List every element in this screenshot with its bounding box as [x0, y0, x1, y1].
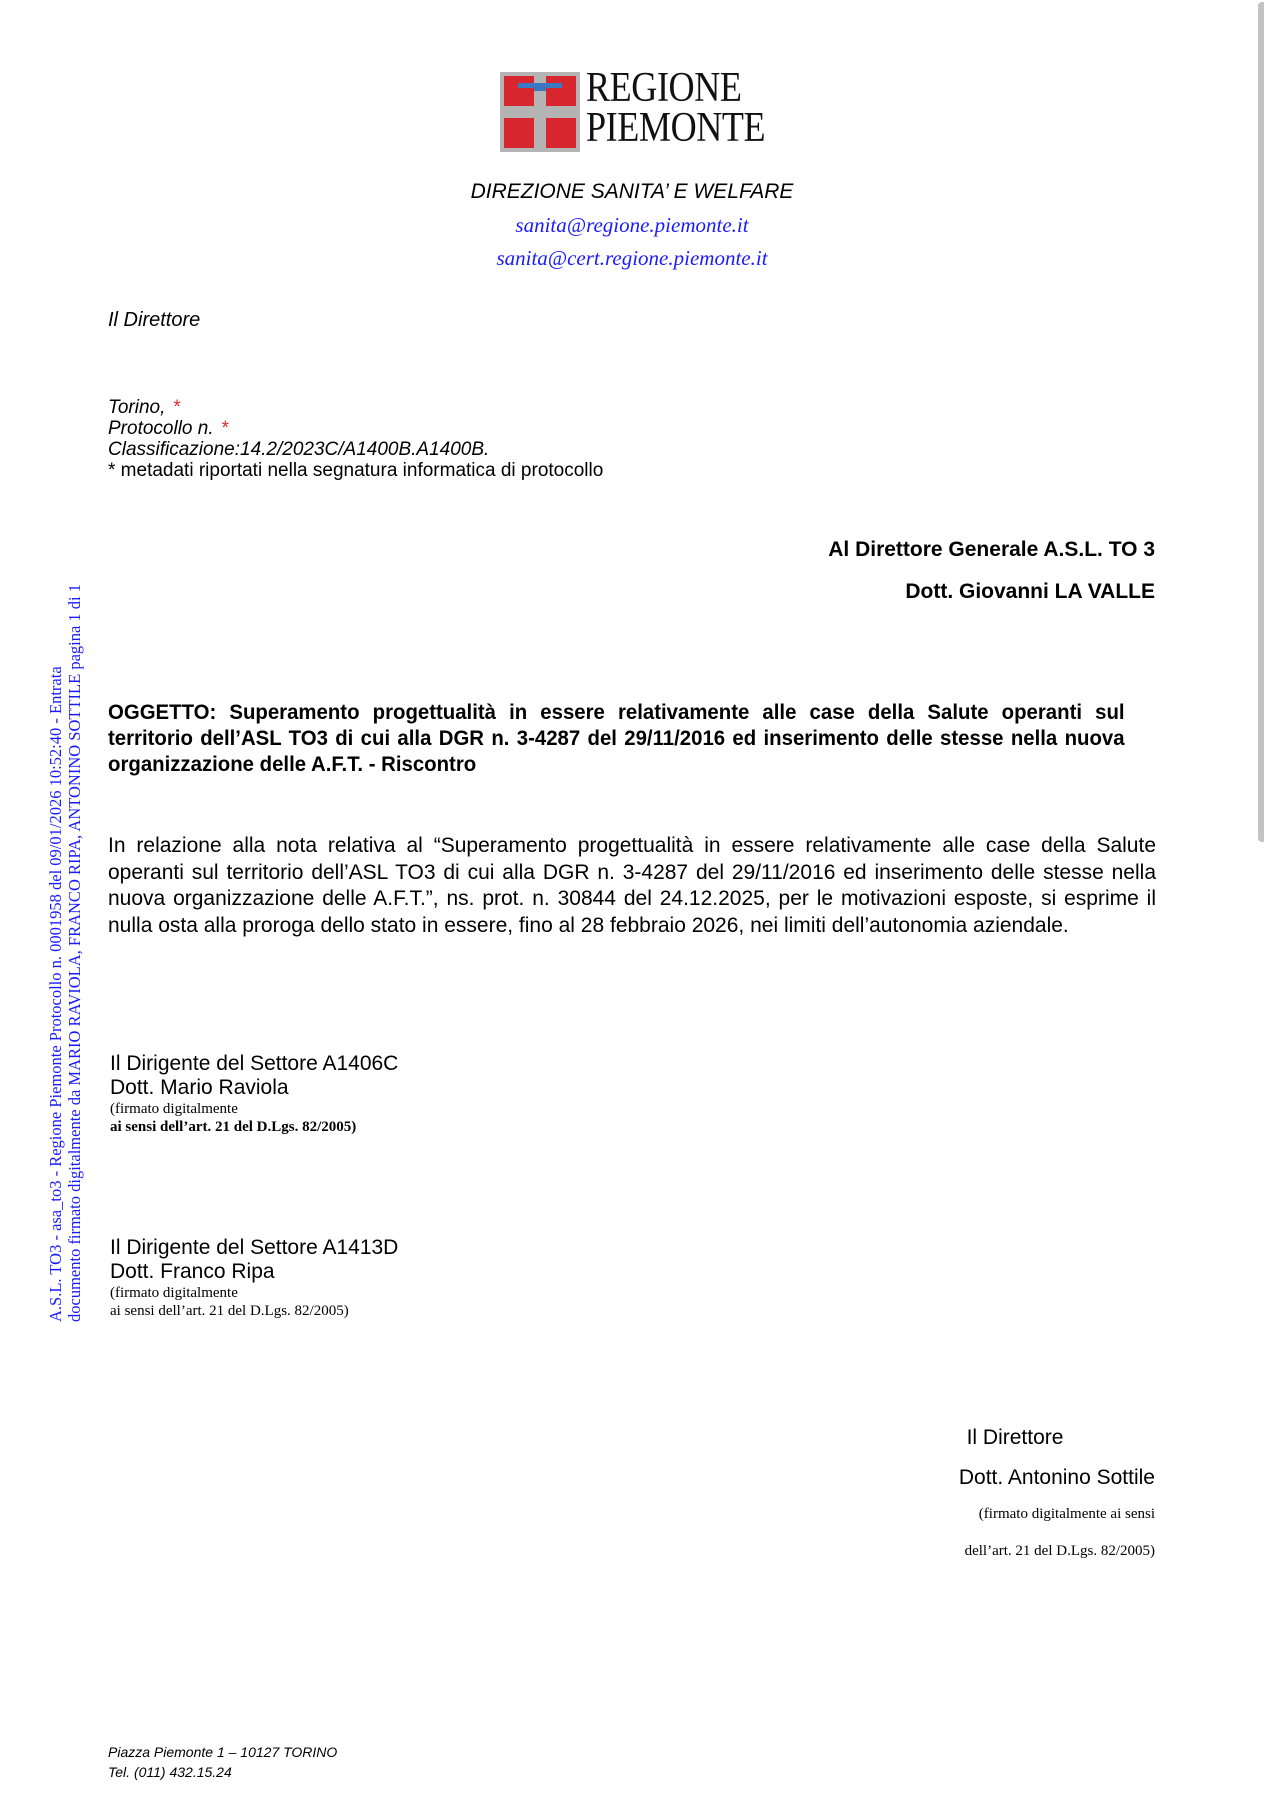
department-title: DIREZIONE SANITA’ E WELFARE — [0, 180, 1264, 204]
signature-note: ai sensi dell’art. 21 del D.Lgs. 82/2005… — [110, 1302, 398, 1320]
recipient-title: Al Direttore Generale A.S.L. TO 3 — [828, 538, 1155, 562]
signature-note: (firmato digitalmente — [110, 1284, 398, 1302]
signature-block: Il Dirigente del Settore A1406C Dott. Ma… — [110, 1052, 398, 1136]
classification: Classificazione:14.2/2023C/A1400B.A1400B… — [108, 439, 603, 460]
address: Piazza Piemonte 1 – 10127 TORINO — [108, 1742, 337, 1762]
phone: Tel. (011) 432.15.24 — [108, 1762, 337, 1782]
signer-role: Il Direttore — [855, 1426, 1175, 1466]
metadata-note: * metadati riportati nella segnatura inf… — [108, 460, 603, 481]
footer-address: Piazza Piemonte 1 – 10127 TORINO Tel. (0… — [108, 1742, 337, 1782]
sender-role: Il Direttore — [108, 309, 200, 332]
signature-note: (firmato digitalmente — [110, 1100, 398, 1118]
signer-role: Il Dirigente del Settore A1413D — [110, 1236, 398, 1260]
logo-line-1: REGIONE — [586, 68, 765, 108]
protocol-metadata: Torino,* Protocollo n.* Classificazione:… — [108, 397, 603, 481]
stamp-line-2: documento firmato digitalmente da MARIO … — [65, 422, 84, 1322]
logo-wordmark: REGIONE PIEMONTE — [586, 68, 765, 148]
signature-note: dell’art. 21 del D.Lgs. 82/2005) — [855, 1543, 1155, 1580]
signer-name: Dott. Mario Raviola — [110, 1076, 398, 1100]
signer-role: Il Dirigente del Settore A1406C — [110, 1052, 398, 1076]
signature-note: (firmato digitalmente ai sensi — [855, 1506, 1155, 1543]
stamp-line-1: A.S.L. TO3 - asa_to3 - Regione Piemonte … — [46, 422, 65, 1322]
scrollbar-thumb[interactable] — [1258, 2, 1264, 842]
signature-block: Il Dirigente del Settore A1413D Dott. Fr… — [110, 1236, 398, 1320]
protocol-label: Protocollo n. — [108, 418, 214, 439]
subject: OGGETTO: Superamento progettualità in es… — [108, 700, 1125, 778]
pec-email-link[interactable]: sanita@cert.regione.piemonte.it — [0, 246, 1264, 271]
logo-line-2: PIEMONTE — [586, 108, 765, 148]
signer-name: Dott. Antonino Sottile — [855, 1466, 1155, 1506]
signer-name: Dott. Franco Ripa — [110, 1260, 398, 1284]
asterisk-marker: * — [222, 418, 229, 439]
recipient-name: Dott. Giovanni LA VALLE — [905, 580, 1155, 604]
director-signature-block: Il Direttore Dott. Antonino Sottile (fir… — [855, 1426, 1155, 1580]
piedmont-coat-of-arms-icon — [500, 72, 580, 152]
signature-note: ai sensi dell’art. 21 del D.Lgs. 82/2005… — [110, 1118, 398, 1136]
regione-piemonte-logo: REGIONE PIEMONTE — [500, 72, 770, 154]
email-link[interactable]: sanita@regione.piemonte.it — [0, 213, 1264, 238]
place-label: Torino, — [108, 397, 165, 418]
asterisk-marker: * — [173, 397, 180, 418]
protocol-stamp: A.S.L. TO3 - asa_to3 - Regione Piemonte … — [46, 422, 84, 1322]
letter-body: In relazione alla nota relativa al “Supe… — [108, 833, 1156, 939]
